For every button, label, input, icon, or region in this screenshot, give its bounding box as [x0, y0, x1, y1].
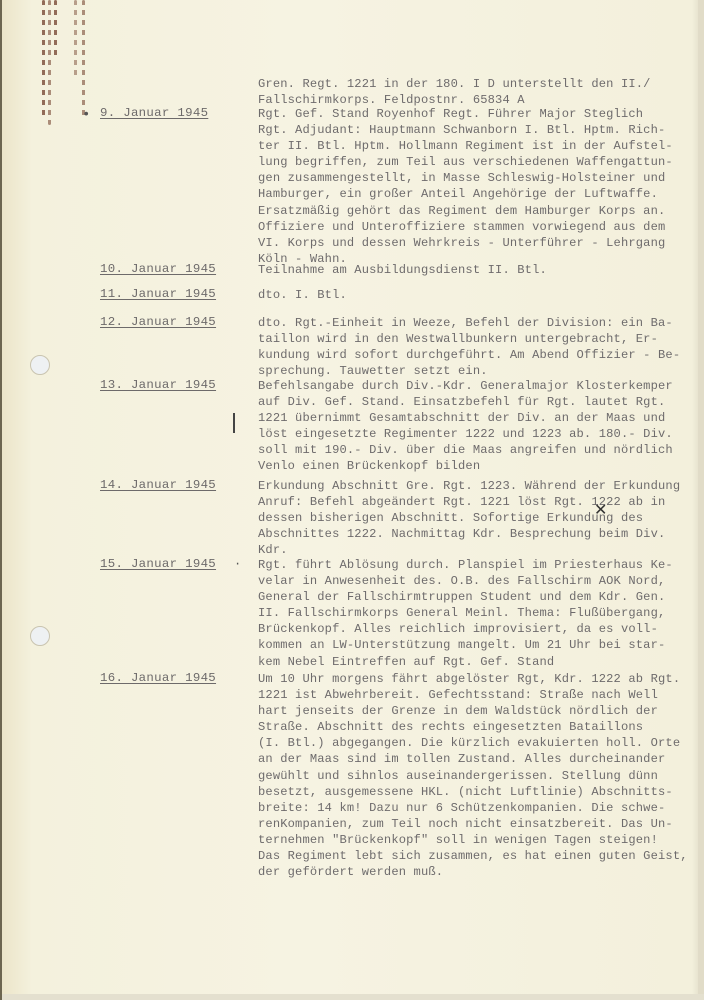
entry-text: dto. Rgt.-Einheit in Weeze, Befehl der D… — [258, 315, 698, 379]
entry-date: 9. Januar 1945 — [100, 106, 230, 120]
rust-stain — [42, 0, 45, 120]
entry-date: 13. Januar 1945 — [100, 378, 230, 392]
pen-correction-mark: ✕ — [594, 502, 607, 518]
entry-date: 15. Januar 1945 — [100, 557, 230, 571]
entry-date: 11. Januar 1945 — [100, 287, 230, 301]
punch-hole-top — [30, 355, 50, 375]
rust-stain — [74, 0, 77, 80]
entry-text: Teilnahme am Ausbildungsdienst II. Btl. — [258, 262, 698, 278]
entry-text: Um 10 Uhr morgens fährt abgelöster Rgt, … — [258, 671, 698, 880]
rust-stain — [48, 0, 51, 125]
entry-text: Rgt. führt Ablösung durch. Planspiel im … — [258, 557, 698, 670]
dot-mark: · — [234, 557, 241, 571]
entry-text: Erkundung Abschnitt Gre. Rgt. 1223. Währ… — [258, 478, 698, 558]
punch-hole-bottom — [30, 626, 50, 646]
entry-date: 16. Januar 1945 — [100, 671, 230, 685]
document-page: Gren. Regt. 1221 in der 180. I D unterst… — [0, 0, 704, 1000]
margin-pen-mark — [233, 413, 235, 433]
entry-text: dto. I. Btl. — [258, 287, 698, 303]
page-edge-right — [698, 0, 704, 1000]
intro-text: Gren. Regt. 1221 in der 180. I D unterst… — [258, 76, 698, 108]
rust-stain — [82, 0, 85, 120]
entry-text: Rgt. Gef. Stand Royenhof Regt. Führer Ma… — [258, 106, 698, 267]
entry-date: 10. Januar 1945 — [100, 262, 230, 276]
page-edge-bottom — [2, 994, 704, 1000]
rust-stain — [54, 0, 57, 60]
entry-date: 14. Januar 1945 — [100, 478, 230, 492]
entry-date: 12. Januar 1945 — [100, 315, 230, 329]
bullet-mark: • — [82, 107, 90, 123]
entry-text: Befehlsangabe durch Div.-Kdr. Generalmaj… — [258, 378, 698, 475]
